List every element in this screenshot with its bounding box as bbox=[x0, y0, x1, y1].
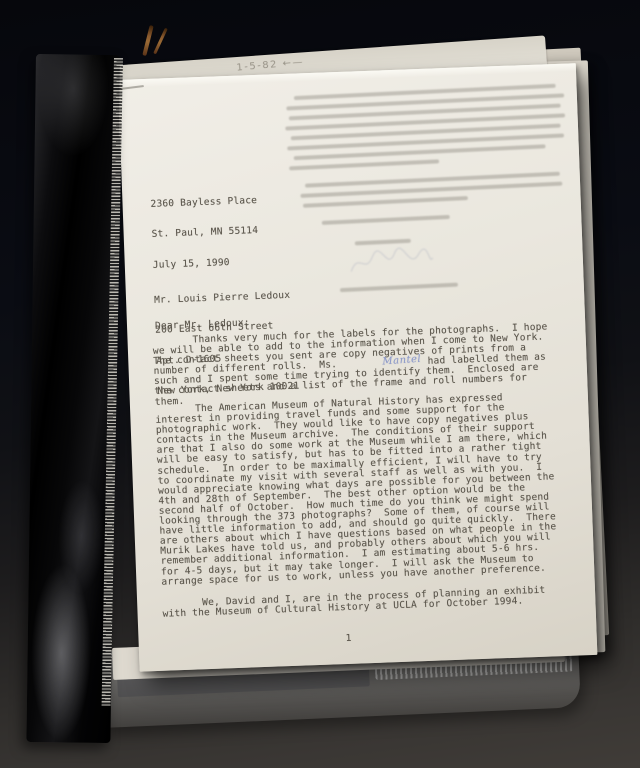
pencil-annotation: 1-5-82 ←— bbox=[236, 57, 304, 74]
bleedthrough-line bbox=[303, 196, 468, 208]
photo-backdrop: 1-5-82 ←— 2360 Bayless Plac bbox=[0, 0, 640, 768]
sender-address-line: 2360 Bayless Place bbox=[150, 196, 257, 210]
bleedthrough-signature bbox=[348, 244, 436, 282]
sender-address-line: July 15, 1990 bbox=[153, 257, 260, 271]
bleedthrough-line bbox=[322, 215, 450, 225]
letter-paragraph-2: The American Museum of Natural History h… bbox=[155, 391, 560, 587]
recipient-address-line: Mr. Louis Pierre Ledoux bbox=[154, 291, 296, 306]
bleedthrough-name-line bbox=[340, 283, 458, 293]
letter-page: 2360 Bayless Place St. Paul, MN 55114 Ju… bbox=[118, 63, 597, 671]
rust-stained-wire bbox=[153, 28, 168, 55]
bleedthrough-line bbox=[289, 159, 439, 170]
rust-stained-wire bbox=[142, 25, 153, 56]
sender-address-line: St. Paul, MN 55114 bbox=[152, 226, 259, 240]
